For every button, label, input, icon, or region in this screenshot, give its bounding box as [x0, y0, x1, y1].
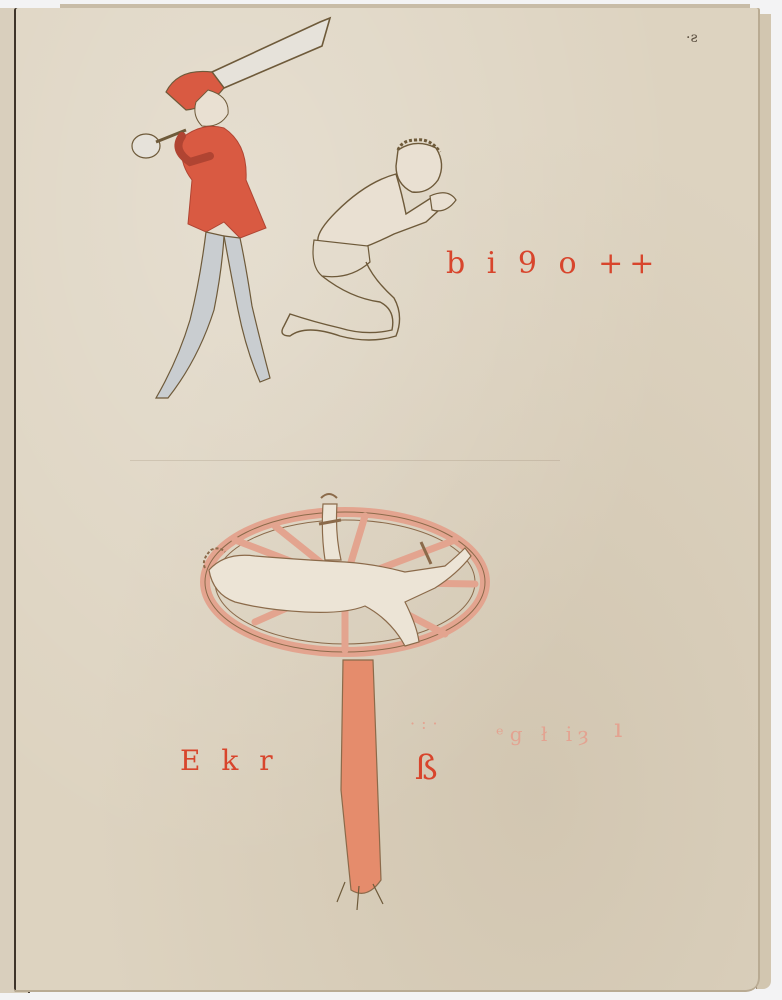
ruling-line	[130, 460, 560, 461]
faint-marks: ·:·	[410, 714, 444, 733]
lower-rubric-center: ß	[415, 748, 444, 788]
folio-number: ·ƨ	[686, 30, 698, 46]
upper-rubric: b i 9 o ++	[446, 246, 660, 281]
faint-mark-right: ı	[614, 714, 628, 744]
lower-rubric-left: E k r	[180, 744, 279, 777]
breaking-wheel-figure	[195, 490, 495, 920]
faint-rubric-text: ᵉg ł iȝ	[496, 722, 595, 746]
kneeling-man-figure	[270, 130, 470, 350]
